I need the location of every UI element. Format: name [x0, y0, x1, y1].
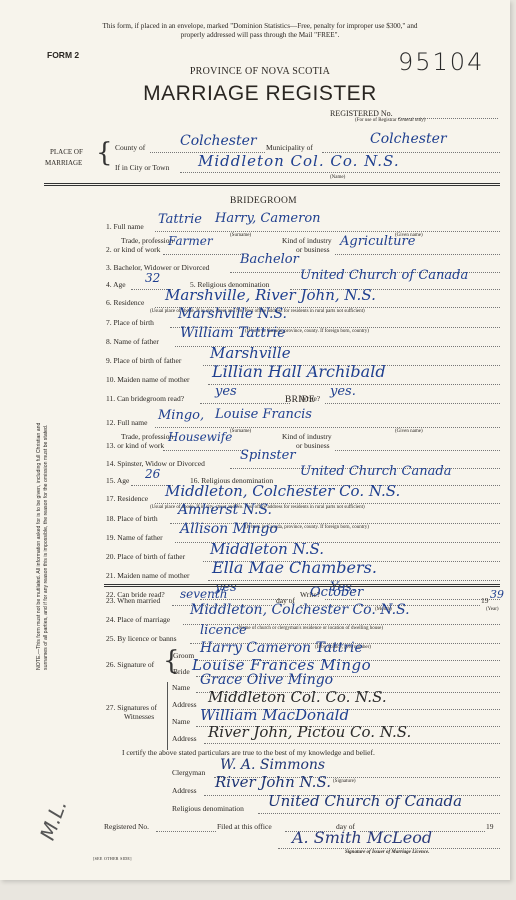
industry-label-top: Kind of industry — [282, 236, 332, 245]
marital-status-value: Bachelor — [240, 252, 299, 267]
postage-notice-line1: This form, if placed in an envelope, mar… — [60, 22, 460, 31]
witness1-name: Grace Olive Mingo — [200, 672, 333, 688]
registered-no-note: (For use of Registrar General only) — [355, 118, 425, 123]
place-of-marriage-label-1: PLACE OF — [50, 148, 83, 156]
footer-year-prefix: 19 — [486, 822, 494, 831]
trade-label-top: Trade, profession — [121, 432, 173, 441]
surname-note: (Surname) — [230, 429, 251, 434]
age-value: 26 — [145, 467, 160, 481]
father-birthplace-label: 20. Place of birth of father — [106, 552, 185, 561]
brace-icon: { — [96, 140, 113, 166]
can-read-label: 11. Can bridegroom read? — [106, 394, 184, 403]
clergy-religion-value: United Church of Canada — [268, 792, 462, 810]
trade-label: 2. or kind of work — [106, 245, 160, 254]
clergy-religion-label: Religious denomination — [172, 804, 244, 813]
full-name-line — [155, 231, 500, 232]
year-note: (Year) — [486, 607, 499, 612]
witness2-name: William MacDonald — [200, 706, 349, 724]
given-name-value: Harry, Cameron — [215, 211, 321, 226]
see-other-side: [SEE OTHER SIDE] — [93, 856, 132, 861]
trade-value: Farmer — [168, 234, 213, 248]
industry-label: or business — [296, 441, 330, 450]
father-name-value: William Tattrie — [180, 325, 285, 341]
place-of-marriage-field-label: 24. Place of marriage — [106, 615, 170, 624]
place-value: Middleton, Colchester Co. N.S. — [190, 602, 410, 618]
age-label: 15. Age — [106, 476, 129, 485]
residence-label: 6. Residence — [106, 298, 144, 307]
clergy-religion-line — [258, 813, 500, 814]
birthplace-value: Amherst N.S. — [178, 502, 272, 518]
side-note-line2: surnames of all parties, and if for any … — [43, 290, 50, 670]
bridegroom-heading: BRIDEGROOM — [230, 196, 297, 206]
marital-status-value: Spinster — [240, 448, 296, 463]
province-heading: PROVINCE OF NOVA SCOTIA — [150, 66, 370, 77]
trade-line — [163, 450, 243, 451]
year-prefix: 19 — [481, 596, 489, 605]
file-number: 95104 — [398, 48, 484, 76]
full-name-line — [155, 427, 500, 428]
trade-value: Housewife — [168, 430, 232, 444]
side-note-line1: NOTE.—This form must not be mutilated. A… — [36, 290, 43, 670]
clergyman-label: Clergyman — [172, 768, 205, 777]
witness2-address-line — [204, 743, 500, 744]
witness1-address: Middleton Col. Co. N.S. — [208, 688, 387, 706]
trade-line — [163, 254, 243, 255]
residence-value: Marshville, River John, N.S. — [165, 286, 376, 304]
given-name-note: (Given name) — [395, 429, 423, 434]
marriage-register-form: This form, if placed in an envelope, mar… — [0, 0, 510, 880]
place-note: (Name of church or clergyman's residence… — [237, 626, 383, 631]
witness1-address-label: Address — [172, 700, 197, 709]
can-write-line — [325, 403, 500, 404]
licence-label: 25. By licence or banns — [106, 634, 177, 643]
surname-value: Tattrie — [158, 212, 202, 227]
filed-label: Filed at this office — [217, 822, 272, 831]
postage-notice: This form, if placed in an envelope, mar… — [60, 22, 460, 40]
day-value: seventh — [180, 587, 227, 601]
industry-line — [335, 450, 500, 451]
can-read-value: yes — [215, 384, 237, 399]
mother-maiden-value: Ella Mae Chambers. — [212, 558, 377, 577]
side-note: NOTE.—This form must not be mutilated. A… — [36, 290, 50, 670]
father-name-label: 8. Name of father — [106, 337, 159, 346]
footer-registered-no-line — [156, 831, 216, 832]
father-birthplace-label: 9. Place of birth of father — [106, 356, 181, 365]
signature-note: (Signature) — [333, 779, 356, 784]
father-birthplace-value: Middleton N.S. — [210, 540, 324, 558]
registered-no-label: REGISTERED No. — [330, 109, 393, 118]
divider — [104, 584, 500, 587]
city-line — [180, 172, 500, 173]
bride-label: Bride — [173, 667, 190, 676]
municipality-value: Colchester — [370, 131, 447, 147]
witnesses-label-1: 27. Signatures of — [106, 703, 157, 712]
clergy-address-value: River John N.S. — [215, 773, 331, 791]
residence-value: Middleton, Colchester Co. N.S. — [165, 482, 400, 500]
city-label: If in City or Town — [115, 163, 169, 172]
year-value: 39 — [490, 588, 504, 601]
issuer-note: Signature of Issuer of Marriage Licence. — [345, 850, 429, 855]
industry-value: Agriculture — [340, 234, 415, 249]
birthplace-label: 18. Place of birth — [106, 514, 158, 523]
father-name-value: Allison Mingo — [180, 521, 278, 537]
trade-label: 13. or kind of work — [106, 441, 164, 450]
witness1-name-label: Name — [172, 683, 190, 692]
age-value: 32 — [145, 271, 160, 285]
witnesses-label-2: Witnesses — [124, 712, 154, 721]
bride-heading: BRIDE — [285, 395, 315, 405]
county-value: Colchester — [180, 133, 257, 149]
given-name-value: Louise Francis — [215, 407, 312, 422]
witness-bracket — [167, 682, 168, 750]
month-value: October — [310, 585, 363, 600]
witness2-address: River John, Pictou Co. N.S. — [208, 723, 411, 741]
signature-of-label: 26. Signature of — [106, 660, 154, 669]
clergyman-signature: W. A. Simmons — [220, 757, 325, 773]
margin-initials: M.L. — [35, 796, 72, 843]
full-name-label: 12. Full name — [106, 418, 147, 427]
issuer-signature: A. Smith McLeod — [292, 828, 432, 847]
birthplace-value: Marshville N.S. — [178, 306, 287, 322]
name-note: (Name) — [330, 175, 345, 180]
certification-statement: I certify the above stated particulars a… — [122, 748, 375, 757]
industry-label-top: Kind of industry — [282, 432, 332, 441]
age-label: 4. Age — [106, 280, 126, 289]
full-name-label: 1. Full name — [106, 222, 144, 231]
father-name-label: 19. Name of father — [106, 533, 163, 542]
licence-value: licence — [200, 623, 247, 638]
can-read-line — [200, 403, 290, 404]
witness2-address-label: Address — [172, 734, 197, 743]
surname-value: Mingo, — [158, 408, 204, 423]
birthplace-label: 7. Place of birth — [106, 318, 154, 327]
mother-maiden-label: 10. Maiden name of mother — [106, 375, 190, 384]
county-label: County of — [115, 143, 145, 152]
groom-signature: Harry Cameron Tattrie — [200, 640, 363, 656]
witness2-name-label: Name — [172, 717, 190, 726]
postage-notice-line2: properly addressed will pass through the… — [60, 31, 460, 40]
city-value: Middleton Col. Co. N.S. — [198, 152, 400, 170]
divider — [44, 183, 500, 186]
mother-maiden-value: Lillian Hall Archibald — [212, 362, 386, 381]
footer-registered-no-label: Registered No. — [104, 822, 149, 831]
industry-label: or business — [296, 245, 330, 254]
municipality-label: Municipality of — [266, 143, 313, 152]
place-of-marriage-label-2: MARRIAGE — [45, 159, 82, 167]
can-write-value: yes. — [330, 384, 356, 399]
father-birthplace-value: Marshville — [210, 344, 291, 362]
religion-value: United Church Canada — [300, 464, 451, 479]
trade-label-top: Trade, profession — [121, 236, 173, 245]
residence-label: 17. Residence — [106, 494, 148, 503]
issuer-signature-line — [278, 848, 500, 849]
religion-value: United Church of Canada — [300, 268, 468, 283]
mother-maiden-label: 21. Maiden name of mother — [106, 571, 190, 580]
surname-note: (Surname) — [230, 233, 251, 238]
page-title: MARRIAGE REGISTER — [130, 82, 390, 106]
form-label: FORM 2 — [47, 50, 79, 60]
when-married-label: 23. When married — [106, 596, 160, 605]
industry-line — [335, 254, 500, 255]
clergy-address-label: Address — [172, 786, 197, 795]
